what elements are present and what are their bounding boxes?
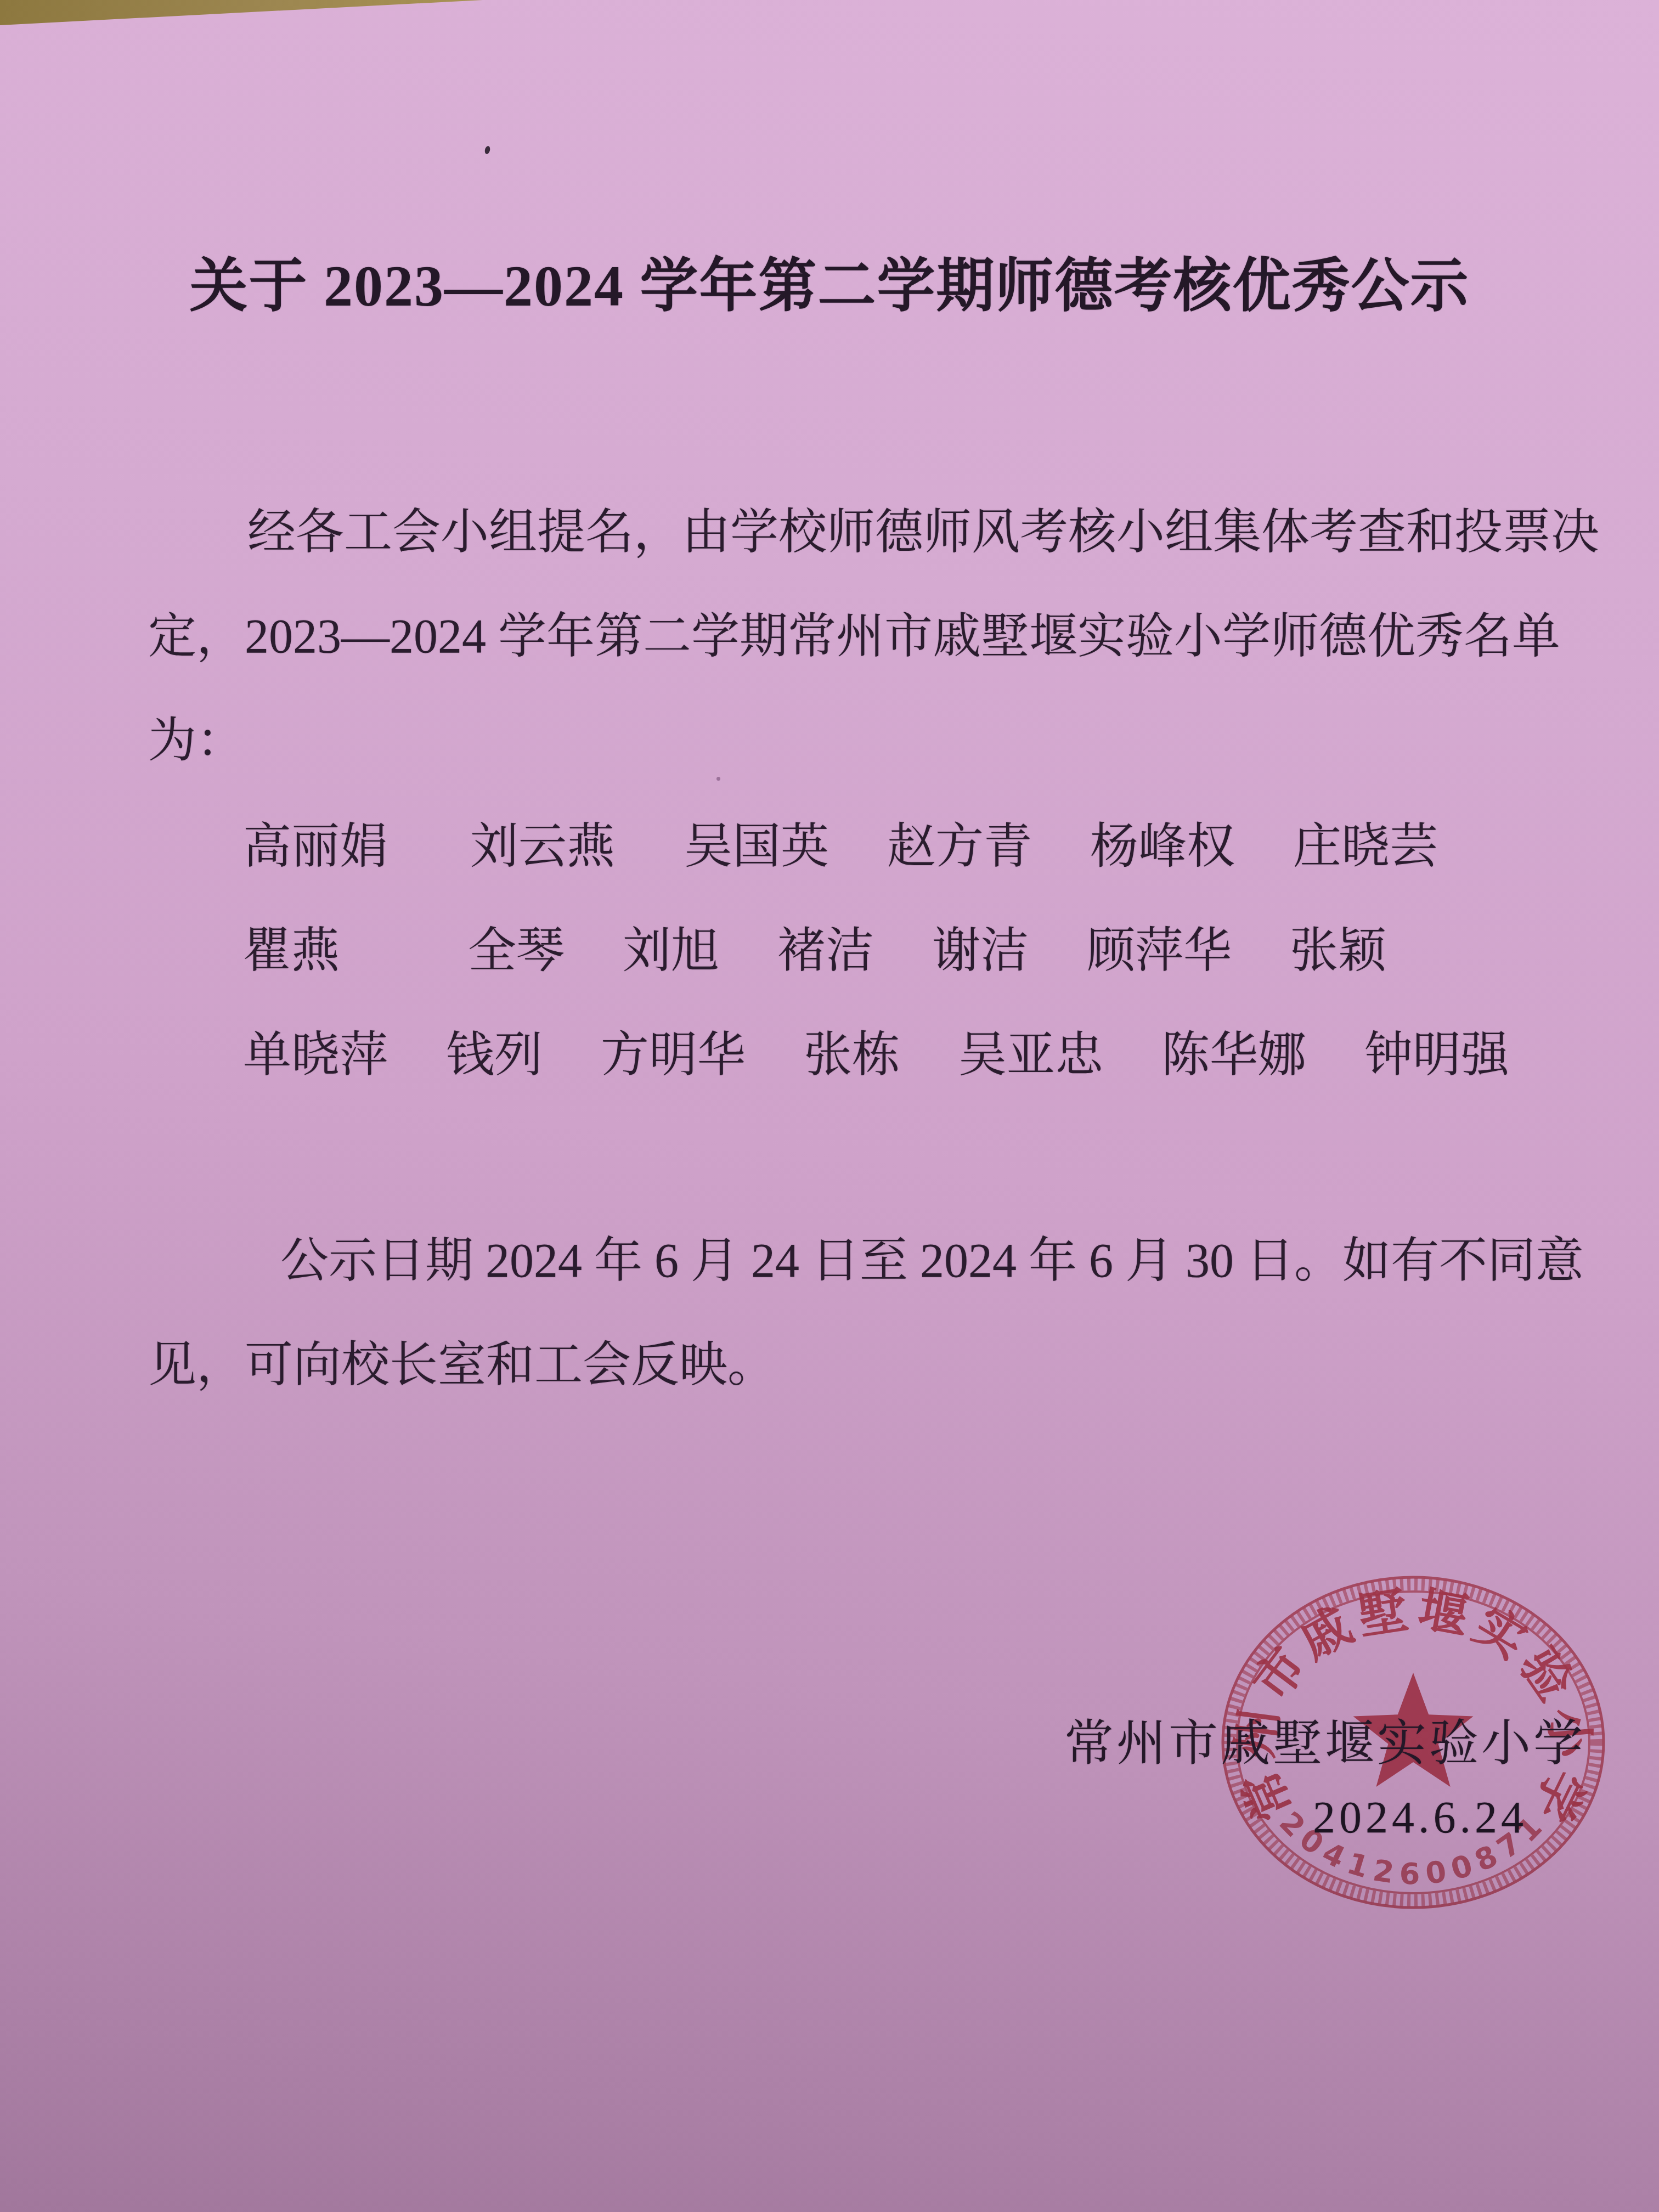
teacher-name: 全琴 <box>468 924 565 978</box>
text-line: 经各工会小组提名，由学校师德师风考核小组集体考查和投票决 <box>148 481 1577 585</box>
teacher-name: 庄晓芸 <box>1293 820 1438 873</box>
photo-of-document: { "title": "关于 2023—2024 学年第二学期师德考核优秀公示"… <box>0 0 1659 2212</box>
text-line: 为： <box>148 689 1577 793</box>
teacher-name: 钱列 <box>446 1029 543 1082</box>
table-surface-corner <box>0 0 483 25</box>
text-line: 定，2023—2024 学年第二学期常州市戚墅堰实验小学师德优秀名单 <box>148 585 1577 689</box>
paper-sheet: 关于 2023—2024 学年第二学期师德考核优秀公示 经各工会小组提名，由学校… <box>0 0 1659 2212</box>
teacher-name: 顾萍华 <box>1087 924 1232 978</box>
teacher-name: 张颖 <box>1290 924 1386 978</box>
teacher-name: 陈华娜 <box>1161 1029 1306 1082</box>
text-line: 见，可向校长室和工会反映。 <box>148 1313 1577 1418</box>
teacher-name: 刘旭 <box>623 924 719 978</box>
body-paragraph: 经各工会小组提名，由学校师德师风考核小组集体考查和投票决定，2023—2024 … <box>148 481 1577 793</box>
name-row-2: 瞿燕全琴刘旭褚洁谢洁顾萍华张颖 <box>148 899 1577 1003</box>
honoree-name-list: 高丽娟刘云燕吴国英赵方青杨峰权庄晓芸 瞿燕全琴刘旭褚洁谢洁顾萍华张颖 单晓萍钱列… <box>148 795 1577 1108</box>
teacher-name: 吴亚忠 <box>958 1029 1103 1082</box>
teacher-name: 褚洁 <box>777 924 874 978</box>
teacher-name: 高丽娟 <box>243 820 388 873</box>
teacher-name: 谢洁 <box>932 924 1029 978</box>
teacher-name: 单晓萍 <box>243 1029 388 1082</box>
teacher-name: 刘云燕 <box>470 820 615 873</box>
teacher-name: 杨峰权 <box>1090 820 1235 873</box>
teacher-name: 张栋 <box>804 1029 900 1082</box>
notice-period-paragraph: 公示日期 2024 年 6 月 24 日至 2024 年 6 月 30 日。如有… <box>148 1209 1577 1418</box>
signature-date: 2024.6.24 <box>1313 1792 1527 1843</box>
text-line: 公示日期 2024 年 6 月 24 日至 2024 年 6 月 30 日。如有… <box>148 1209 1577 1313</box>
teacher-name: 吴国英 <box>684 820 829 873</box>
paper-speck <box>484 145 491 155</box>
name-row-1: 高丽娟刘云燕吴国英赵方青杨峰权庄晓芸 <box>148 795 1577 899</box>
teacher-name: 瞿燕 <box>243 924 340 978</box>
teacher-name: 钟明强 <box>1364 1029 1509 1082</box>
teacher-name: 方明华 <box>601 1029 746 1082</box>
school-signature: 常州市戚墅堰实验小学 <box>1064 1703 1585 1774</box>
document-title: 关于 2023—2024 学年第二学期师德考核优秀公示 <box>0 239 1659 323</box>
name-row-3: 单晓萍钱列方明华张栋吴亚忠陈华娜钟明强 <box>148 1003 1577 1108</box>
teacher-name: 赵方青 <box>887 820 1032 873</box>
